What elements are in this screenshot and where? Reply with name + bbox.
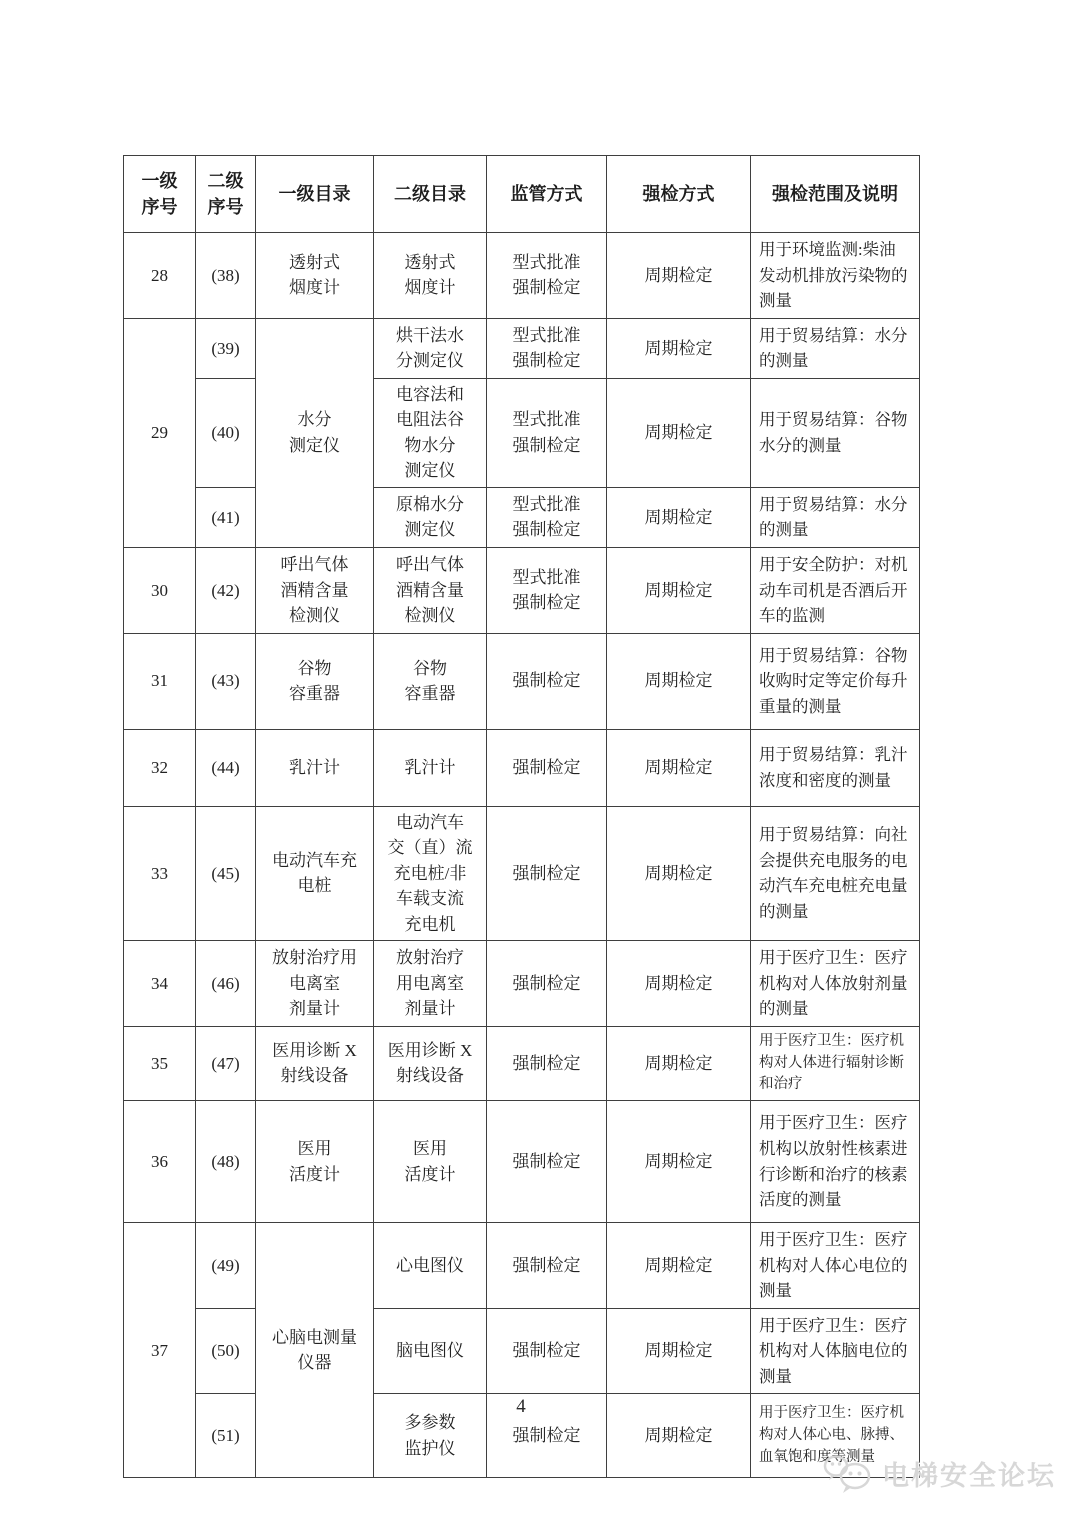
cell-inspection: 周期检定 [607,941,751,1027]
cell-catalog-l2: 乳汁计 [374,729,487,806]
watermark: 电梯安全论坛 [822,1452,1056,1494]
cell-scope: 用于贸易结算：水分的测量 [751,487,920,547]
cell-inspection: 周期检定 [607,729,751,806]
cell-scope: 用于安全防护：对机动车司机是否酒后开车的监测 [751,547,920,633]
cell-supervision: 强制检定 [487,1308,607,1394]
cell-serial: 32 [124,729,196,806]
cell-supervision: 型式批准 强制检定 [487,547,607,633]
header-inspection-mode: 强检方式 [607,156,751,233]
cell-scope: 用于贸易结算：谷物水分的测量 [751,378,920,487]
cell-serial: 33 [124,806,196,941]
table-row: 37 (49) 心脑电测量 仪器 心电图仪 强制检定 周期检定 用于医疗卫生：医… [124,1223,920,1309]
cell-catalog-l2: 放射治疗 用电离室 剂量计 [374,941,487,1027]
cell-scope: 用于医疗卫生：医疗机构以放射性核素进行诊断和治疗的核素活度的测量 [751,1101,920,1223]
cell-serial: 28 [124,233,196,319]
cell-sub-serial: (41) [196,487,256,547]
cell-inspection: 周期检定 [607,806,751,941]
cell-catalog-l1: 呼出气体 酒精含量 检测仪 [256,547,374,633]
header-supervision-mode: 监管方式 [487,156,607,233]
compulsory-verification-table: 一级 序号 二级 序号 一级目录 二级目录 监管方式 强检方式 强检范围及说明 … [123,155,920,1478]
cell-sub-serial: (38) [196,233,256,319]
table-row: 29 (39) 水分 测定仪 烘干法水 分测定仪 型式批准 强制检定 周期检定 … [124,318,920,378]
cell-sub-serial: (45) [196,806,256,941]
cell-catalog-l2: 电动汽车 交（直）流 充电桩/非 车载支流 充电机 [374,806,487,941]
cell-inspection: 周期检定 [607,1223,751,1309]
header-level1-serial: 一级 序号 [124,156,196,233]
cell-catalog-l1: 透射式 烟度计 [256,233,374,319]
cell-catalog-l2: 电容法和 电阻法谷 物水分 测定仪 [374,378,487,487]
header-scope-description: 强检范围及说明 [751,156,920,233]
document-page: 一级 序号 二级 序号 一级目录 二级目录 监管方式 强检方式 强检范围及说明 … [0,0,1080,1528]
cell-sub-serial: (42) [196,547,256,633]
table-row: 32 (44) 乳汁计 乳汁计 强制检定 周期检定 用于贸易结算：乳汁浓度和密度… [124,729,920,806]
cell-inspection: 周期检定 [607,487,751,547]
header-level2-catalog: 二级目录 [374,156,487,233]
cell-serial: 35 [124,1026,196,1100]
cell-sub-serial: (43) [196,633,256,729]
cell-serial: 34 [124,941,196,1027]
cell-serial: 36 [124,1101,196,1223]
cell-inspection: 周期检定 [607,1026,751,1100]
cell-supervision: 强制检定 [487,1101,607,1223]
cell-catalog-l2: 医用诊断 X 射线设备 [374,1026,487,1100]
cell-sub-serial: (47) [196,1026,256,1100]
cell-scope: 用于环境监测:柴油发动机排放污染物的测量 [751,233,920,319]
cell-supervision: 强制检定 [487,941,607,1027]
cell-sub-serial: (39) [196,318,256,378]
table-header-row: 一级 序号 二级 序号 一级目录 二级目录 监管方式 强检方式 强检范围及说明 [124,156,920,233]
cell-supervision: 强制检定 [487,806,607,941]
cell-supervision: 强制检定 [487,1026,607,1100]
cell-inspection: 周期检定 [607,633,751,729]
cell-sub-serial: (49) [196,1223,256,1309]
cell-sub-serial: (46) [196,941,256,1027]
cell-catalog-l1: 医用诊断 X 射线设备 [256,1026,374,1100]
cell-inspection: 周期检定 [607,378,751,487]
table-row: (40) 电容法和 电阻法谷 物水分 测定仪 型式批准 强制检定 周期检定 用于… [124,378,920,487]
cell-scope: 用于医疗卫生：医疗机构对人体心电位的测量 [751,1223,920,1309]
cell-scope: 用于贸易结算：水分的测量 [751,318,920,378]
header-level1-catalog: 一级目录 [256,156,374,233]
cell-catalog-l2: 心电图仪 [374,1223,487,1309]
cell-catalog-l1: 医用 活度计 [256,1101,374,1223]
table-row: 36 (48) 医用 活度计 医用 活度计 强制检定 周期检定 用于医疗卫生：医… [124,1101,920,1223]
table-row: 34 (46) 放射治疗用 电离室 剂量计 放射治疗 用电离室 剂量计 强制检定… [124,941,920,1027]
cell-supervision: 型式批准 强制检定 [487,233,607,319]
cell-serial: 29 [124,318,196,547]
cell-catalog-l2: 透射式 烟度计 [374,233,487,319]
cell-scope: 用于贸易结算：谷物收购时定等定价每升重量的测量 [751,633,920,729]
cell-supervision: 型式批准 强制检定 [487,487,607,547]
cell-catalog-l2: 呼出气体 酒精含量 检测仪 [374,547,487,633]
cell-sub-serial: (40) [196,378,256,487]
cell-catalog-l1: 心脑电测量 仪器 [256,1223,374,1478]
table-row: (50) 脑电图仪 强制检定 周期检定 用于医疗卫生：医疗机构对人体脑电位的测量 [124,1308,920,1394]
cell-catalog-l1: 水分 测定仪 [256,318,374,547]
header-level2-serial: 二级 序号 [196,156,256,233]
cell-catalog-l2: 医用 活度计 [374,1101,487,1223]
page-number: 4 [123,1396,919,1418]
cell-serial: 30 [124,547,196,633]
cell-catalog-l2: 烘干法水 分测定仪 [374,318,487,378]
watermark-text: 电梯安全论坛 [882,1454,1056,1493]
cell-catalog-l1: 电动汽车充 电桩 [256,806,374,941]
cell-catalog-l2: 原棉水分 测定仪 [374,487,487,547]
cell-scope: 用于医疗卫生：医疗机构对人体脑电位的测量 [751,1308,920,1394]
cell-supervision: 强制检定 [487,633,607,729]
cell-scope: 用于贸易结算：向社会提供充电服务的电动汽车充电桩充电量的测量 [751,806,920,941]
cell-catalog-l1: 谷物 容重器 [256,633,374,729]
cell-scope: 用于医疗卫生：医疗机构对人体放射剂量的测量 [751,941,920,1027]
cell-catalog-l1: 乳汁计 [256,729,374,806]
cell-supervision: 型式批准 强制检定 [487,318,607,378]
cell-inspection: 周期检定 [607,1101,751,1223]
cell-inspection: 周期检定 [607,318,751,378]
cell-inspection: 周期检定 [607,1308,751,1394]
cell-supervision: 强制检定 [487,1223,607,1309]
cell-serial: 31 [124,633,196,729]
cell-inspection: 周期检定 [607,233,751,319]
cell-catalog-l2: 脑电图仪 [374,1308,487,1394]
table-row: 30 (42) 呼出气体 酒精含量 检测仪 呼出气体 酒精含量 检测仪 型式批准… [124,547,920,633]
table-row: (41) 原棉水分 测定仪 型式批准 强制检定 周期检定 用于贸易结算：水分的测… [124,487,920,547]
cell-scope: 用于贸易结算：乳汁浓度和密度的测量 [751,729,920,806]
cell-inspection: 周期检定 [607,547,751,633]
cell-catalog-l2: 谷物 容重器 [374,633,487,729]
wechat-logo-icon [822,1452,874,1494]
cell-supervision: 型式批准 强制检定 [487,378,607,487]
table-row: 33 (45) 电动汽车充 电桩 电动汽车 交（直）流 充电桩/非 车载支流 充… [124,806,920,941]
cell-serial: 37 [124,1223,196,1478]
table-row: 28 (38) 透射式 烟度计 透射式 烟度计 型式批准 强制检定 周期检定 用… [124,233,920,319]
cell-sub-serial: (50) [196,1308,256,1394]
table-row: 35 (47) 医用诊断 X 射线设备 医用诊断 X 射线设备 强制检定 周期检… [124,1026,920,1100]
cell-sub-serial: (44) [196,729,256,806]
cell-supervision: 强制检定 [487,729,607,806]
cell-sub-serial: (48) [196,1101,256,1223]
cell-scope: 用于医疗卫生：医疗机构对人体进行辐射诊断和治疗 [751,1026,920,1100]
table-row: 31 (43) 谷物 容重器 谷物 容重器 强制检定 周期检定 用于贸易结算：谷… [124,633,920,729]
cell-catalog-l1: 放射治疗用 电离室 剂量计 [256,941,374,1027]
